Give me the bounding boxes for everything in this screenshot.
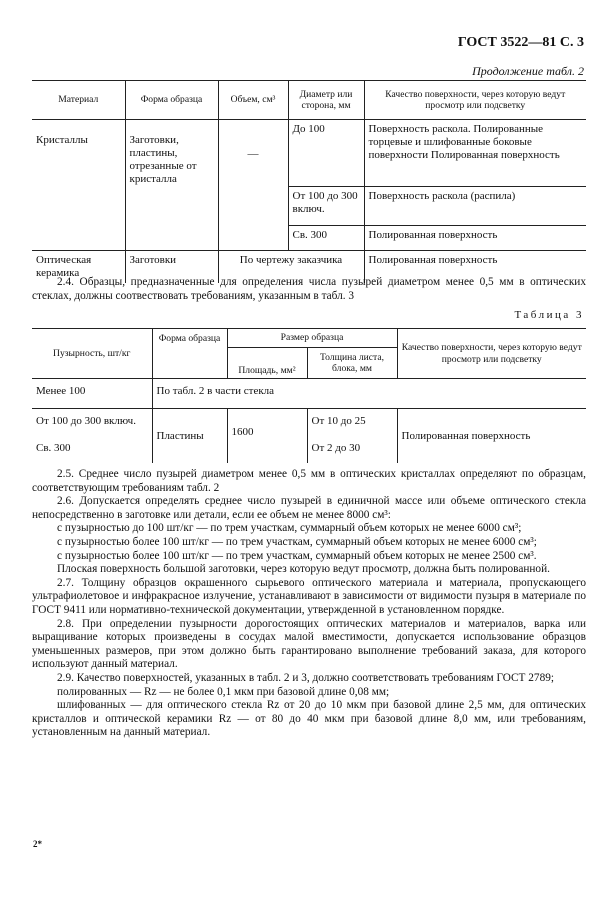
paragraph-2-6-d: Плоская поверхность большой заготовки, ч…	[32, 563, 586, 577]
paragraph-2-9-a: полированных — Rz — не более 0,1 мкм при…	[32, 686, 586, 700]
paragraph-2-6-a: с пузырностью до 100 шт/кг — по трем уча…	[32, 522, 586, 536]
standard-header: ГОСТ 3522—81 С. 3	[458, 36, 584, 50]
col-quality: Качество поверхности, через которую веду…	[364, 81, 586, 120]
col-material: Материал	[32, 81, 125, 120]
col-volume: Объем, см³	[218, 81, 288, 120]
diameter-cell: До 100	[288, 120, 364, 187]
table-2: Материал Форма образца Объем, см³ Диамет…	[32, 80, 586, 283]
quality-cell: Полированная поверхность	[397, 409, 586, 464]
thickness-cell: От 2 до 30	[307, 436, 397, 463]
paragraph-2-6-c: с пузырностью более 100 шт/кг — по трем …	[32, 550, 586, 564]
area-cell: 1600	[227, 409, 307, 464]
paragraph-2-4: 2.4. Образцы, предназначенные для опреде…	[32, 276, 586, 303]
bubbliness-cell: Менее 100	[32, 379, 152, 409]
bubbliness-cell: Св. 300	[32, 436, 152, 463]
col-form: Форма образца	[152, 329, 227, 379]
thickness-cell: От 10 до 25	[307, 409, 397, 437]
col-form: Форма образца	[125, 81, 218, 120]
quality-cell: Поверхность раскола (распила)	[364, 187, 586, 226]
table-continuation-label: Продолжение табл. 2	[472, 65, 584, 79]
col-quality: Качество поверхности, через которую веду…	[397, 329, 586, 379]
diameter-cell: От 100 до 300 включ.	[288, 187, 364, 226]
paragraph-2-9: 2.9. Качество поверхностей, указанных в …	[32, 672, 586, 686]
col-thickness: Толщина листа, блока, мм	[307, 348, 397, 379]
volume-cell: —	[218, 120, 288, 251]
merged-cell: По табл. 2 в части стекла	[152, 379, 586, 409]
diameter-cell: Св. 300	[288, 226, 364, 251]
col-diameter: Диаметр или сторона, мм	[288, 81, 364, 120]
paragraph-2-5: 2.5. Среднее число пузырей диаметром мен…	[32, 468, 586, 495]
form-cell: Заготовки, пластины, отрезанные от крист…	[125, 120, 218, 251]
table-row: Кристаллы Заготовки, пластины, отрезанны…	[32, 120, 586, 187]
paragraph-2-8: 2.8. При определении пузырности дорогост…	[32, 618, 586, 672]
material-cell: Кристаллы	[32, 120, 125, 251]
table-3-caption: Таблица 3	[514, 309, 584, 323]
col-size: Размер образца	[227, 329, 397, 348]
quality-cell: Полированная поверхность	[364, 226, 586, 251]
bubbliness-cell: От 100 до 300 включ.	[32, 409, 152, 437]
col-bubbliness: Пузырность, шт/кг	[32, 329, 152, 379]
page-footer-mark: 2*	[33, 838, 42, 852]
paragraph-2-6: 2.6. Допускается определять среднее числ…	[32, 495, 586, 522]
paragraph-2-7: 2.7. Толщину образцов окрашенного сырьев…	[32, 577, 586, 618]
quality-cell: Поверхность раскола. Полированные торцев…	[364, 120, 586, 187]
table-row: Менее 100 По табл. 2 в части стекла	[32, 379, 586, 409]
form-cell: Пластины	[152, 409, 227, 464]
col-area: Площадь, мм²	[227, 348, 307, 379]
body-text: 2.5. Среднее число пузырей диаметром мен…	[32, 468, 586, 740]
table-row: От 100 до 300 включ. Пластины 1600 От 10…	[32, 409, 586, 437]
paragraph-2-6-b: с пузырностью более 100 шт/кг — по трем …	[32, 536, 586, 550]
table-3: Пузырность, шт/кг Форма образца Размер о…	[32, 328, 586, 463]
table-3-header: Пузырность, шт/кг Форма образца Размер о…	[32, 329, 586, 348]
paragraph-2-9-b: шлифованных — для оптического стекла Rz …	[32, 699, 586, 740]
table-2-header: Материал Форма образца Объем, см³ Диамет…	[32, 81, 586, 120]
